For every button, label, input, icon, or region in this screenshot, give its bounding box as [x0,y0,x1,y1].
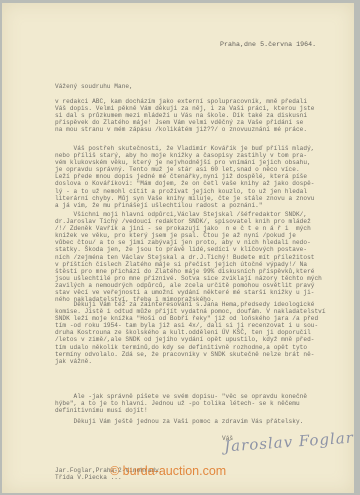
letter-date: Praha,dne 5.června 1964. [220,41,316,48]
letter-salutation: Vážený soudruhu Mane, [55,83,133,90]
letter-page: Praha,dne 5.června 1964. Vážený soudruhu… [2,3,354,493]
watermark: © burda-auction.com [110,464,226,478]
letter-paragraph-1: v redakci ABC, kam docházím jako externí… [55,98,314,133]
letter-paragraph-5: Ale -jak správně píšete ve svém dopisu- … [55,393,307,414]
handwritten-signature: Jaroslav Foglar [224,428,355,455]
letter-paragraph-6: Děkuji Vám ještě jednou za Vaši pomoc a … [55,418,303,425]
letter-paragraph-4: Děkuji Vám též za zainteresování s.Jana … [55,301,326,365]
letter-paragraph-3: Všichni moji hlavní odpůrci,Václav Stejs… [55,211,322,303]
letter-paragraph-2: Váš postřeh skutečnosti, že Vladimír Kov… [55,145,314,209]
